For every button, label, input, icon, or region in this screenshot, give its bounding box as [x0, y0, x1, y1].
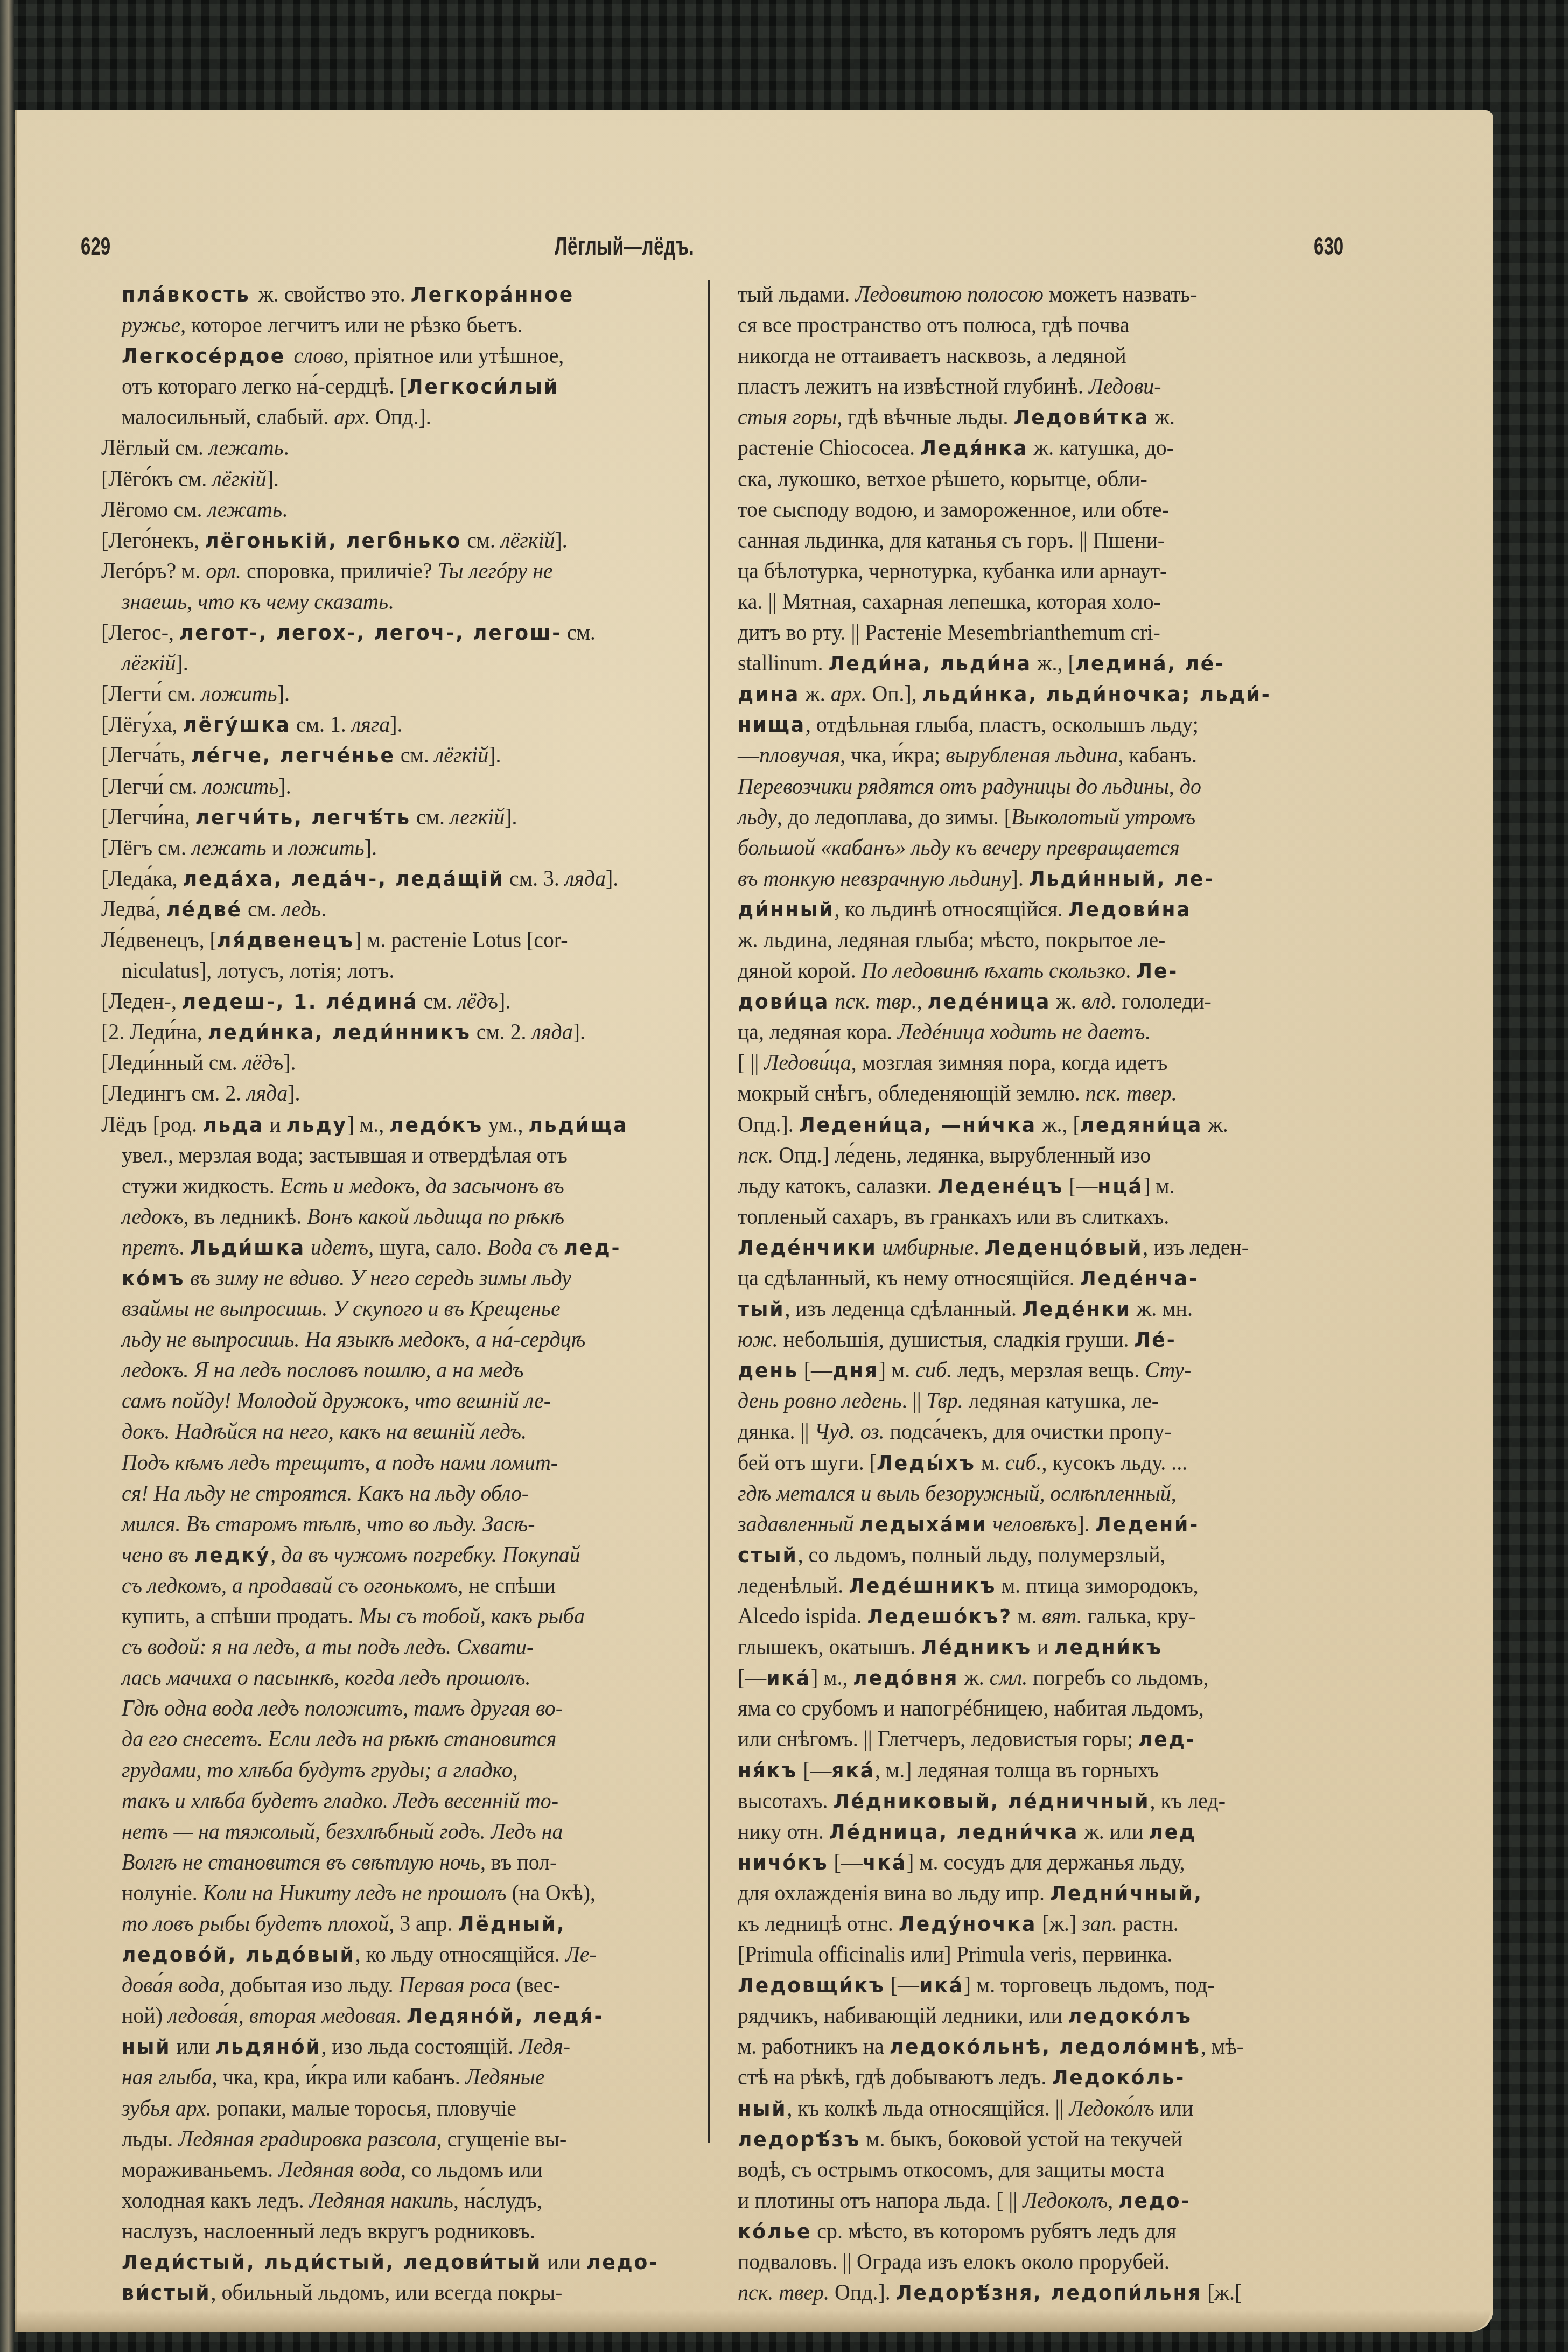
page-number-left: 629 [81, 232, 110, 261]
body-text: купить, а спѣши продать. [122, 1604, 359, 1629]
line-content: тый, изъ леденца сдѣланный. Ледéнки ж. м… [738, 1293, 1193, 1325]
body-text: ж. свойство это. [258, 282, 411, 307]
line-content: водѣ, съ острымъ откосомъ, для защиты мо… [738, 2154, 1165, 2186]
body-text: . [284, 436, 289, 460]
text-line: нетъ — на тяжолый, безхлѣбный годъ. Ледъ… [101, 1816, 704, 1846]
headword: Ледовщи́къ [738, 1973, 885, 1997]
headword: леда́ха, леда́ч-, леда́щій [183, 867, 504, 891]
line-content: —пловучая, чка, и́кра; вырубленая льдина… [738, 739, 1197, 771]
body-text: Легóръ? м. [101, 559, 206, 584]
body-text: мокрый снѣгъ, обледеняющій землю. [738, 1081, 1086, 1106]
italic-text: влд. [1082, 989, 1117, 1014]
line-content: Перевозчики рядятся отъ радуницы до льди… [738, 771, 1201, 802]
text-line: день ровно ледень. || Твр. ледяная катуш… [738, 1385, 1365, 1416]
body-text: [Primula officinalis или] Primula veris,… [738, 1942, 1172, 1967]
italic-text: ружье [122, 313, 180, 338]
body-text: бей отъ шуги. [ [738, 1451, 877, 1475]
italic-text: Гдѣ одна вода ледъ положитъ, тамъ другая… [122, 1696, 563, 1721]
headword: Ледени́ца, —ни́чка [799, 1113, 1037, 1137]
headword: льда [202, 1113, 264, 1137]
italic-text: Ледяная вода [278, 2158, 401, 2182]
body-text: [Лёгу́ха, [101, 712, 183, 737]
body-text: ]. [505, 805, 517, 830]
italic-text: ложить [202, 774, 278, 799]
line-content: [Лего́некъ, лёгонькій, легбнько см. лёгк… [101, 524, 568, 556]
headword: Леденéцъ [937, 1174, 1063, 1198]
body-text: [ж.] [1037, 1912, 1082, 1936]
headword: Леду́ночка [899, 1912, 1037, 1936]
italic-text: пловучая [759, 743, 840, 768]
text-line: ца, ледяная кора. Ледéница ходить не дае… [738, 1016, 1365, 1047]
headword: легчи́ть, легчѣ́ть [195, 806, 411, 829]
line-content: такъ и хлѣба будетъ гладко. Ледъ весенні… [122, 1785, 558, 1817]
headword: ледо- [1118, 2189, 1191, 2213]
body-text: и [1032, 1635, 1054, 1660]
text-line: мокрый снѣгъ, обледеняющій землю. пск. т… [738, 1077, 1365, 1108]
italic-text: Ледоко́лъ [1069, 2096, 1154, 2121]
text-line: Гдѣ одна вода ледъ положитъ, тамъ другая… [101, 1692, 704, 1723]
headword: ледяни́ца [1080, 1113, 1202, 1137]
body-text: никогда не оттаиваетъ насквозь, а ледяно… [738, 344, 1126, 368]
body-text: . [396, 2004, 407, 2028]
body-text: ср. мѣсто, въ которомъ рубятъ ледъ для [811, 2219, 1176, 2244]
line-content: и плотины отъ напора льда. [ || Ледоколъ… [738, 2185, 1191, 2216]
line-content: наслузъ, наслоенный ледъ вкругъ родников… [122, 2215, 535, 2247]
headword: Ледяно́й, ледя́- [407, 2004, 604, 2028]
text-line: и плотины отъ напора льда. [ || Ледоколъ… [738, 2185, 1365, 2215]
line-content: то ловъ рыбы будетъ плохой, 3 апр. Лёдны… [122, 1908, 566, 1940]
body-text: льду катокъ, салазки. [738, 1174, 937, 1199]
text-line: пск. Опд.] ле́день, ледянка, вырубленный… [738, 1139, 1365, 1170]
body-text: ] м. [1143, 1174, 1174, 1199]
italic-text: зап. [1082, 1912, 1117, 1936]
body-text: растеніе Chiococea. [738, 436, 920, 460]
body-text: пластъ лежитъ на извѣстной глубинѣ. [738, 374, 1089, 399]
italic-text: нетъ — на тяжолый, безхлѣбный годъ. Ледъ… [122, 1819, 563, 1844]
headword: ледина́, лé- [1075, 652, 1225, 675]
body-text: дяной корой. [738, 958, 862, 983]
body-text: ] м., [347, 1112, 389, 1137]
line-content: Ледéнчики имбирные. Леденцо́вый, изъ лед… [738, 1231, 1249, 1263]
body-text: ска, лукошко, ветхое рѣшето, корытце, об… [738, 467, 1147, 492]
line-content: ся все пространство отъ полюса, гдѣ почв… [738, 309, 1130, 341]
headword: тый [738, 1297, 785, 1321]
headword: ледово́й, льдо́вый [122, 1943, 355, 1966]
text-line: бей отъ шуги. [Леды́хъ м. сиб., кусокъ л… [738, 1447, 1365, 1478]
text-line: дитъ во рту. || Растеніе Mesembrianthemu… [738, 617, 1365, 647]
headword: Лéдниковый, лéдничный [833, 1789, 1150, 1813]
body-text: , ко льдинѣ относящійся. [834, 897, 1068, 922]
italic-text: лежать [192, 836, 267, 860]
body-text: [Легча́ть, [101, 743, 191, 768]
text-line: стужи жидкость. Есть и медокъ, да засычо… [101, 1170, 704, 1201]
line-content: Подъ кѣмъ ледъ трещитъ, а подъ нами ломи… [122, 1447, 558, 1479]
text-line: самъ пойду! Молодой дружокъ, что вешній … [101, 1385, 704, 1416]
body-text: , м.] ледяная толща въ горныхъ [875, 1758, 1159, 1783]
italic-text: орл. [206, 559, 241, 584]
line-content: [Легос-, легот-, легох-, легоч-, легош- … [101, 617, 596, 648]
body-text: , которое легчитъ или не рѣзко бьетъ. [180, 313, 523, 338]
line-content: ко́лье ср. мѣсто, въ которомъ рубятъ лед… [738, 2215, 1177, 2247]
headword: ика́ [919, 1973, 964, 1997]
body-text: см. 2. [471, 1020, 532, 1045]
headword: Лéдница, ледни́чка [829, 1820, 1079, 1844]
body-text: , до ледоплава, до зимы. [ [777, 805, 1011, 830]
line-content: глышекъ, окатышъ. Лéдникъ и ледни́къ [738, 1631, 1163, 1663]
body-text: , мозглая зимняя пора, когда идетъ [851, 1051, 1168, 1075]
text-line: или снѣгомъ. || Глетчеръ, ледовистыя гор… [738, 1723, 1365, 1754]
line-content: стѣ на рѣкѣ, гдѣ добываютъ ледъ. Ледоко́… [738, 2061, 1185, 2093]
italic-text: Ты легóру не [438, 559, 553, 584]
line-content: пск. твер. Опд.]. Ледорѣ́зня, ледопи́льн… [738, 2277, 1242, 2308]
body-text: ка. || Мятная, сахарная лепешка, которая… [738, 590, 1161, 614]
body-text: рядчикъ, набивающій ледники, или [738, 2004, 1068, 2028]
body-text: ж. [1149, 405, 1175, 430]
line-content: самъ пойду! Молодой дружокъ, что вешній … [122, 1385, 551, 1417]
italic-text: пск. твер. [738, 2280, 829, 2305]
text-line: увел., мерзлая вода; застывшая и отвердѣ… [101, 1139, 704, 1170]
body-text: дитъ во рту. || Растеніе Mesembrianthemu… [738, 620, 1160, 645]
italic-text: Мы съ тобой, какъ рыба [359, 1604, 585, 1629]
line-content: мился. Въ старомъ тѣлѣ, что во льду. Зас… [122, 1508, 535, 1540]
text-line: стый, со льдомъ, полный льду, полумерзлы… [738, 1539, 1365, 1570]
text-line: [Легча́ть, ле́гче, легче́нье см. лёгкій]… [101, 739, 704, 770]
body-text: ж. [958, 1665, 990, 1690]
italic-text: Коли на Никиту ледъ не прошолъ [203, 1881, 507, 1906]
italic-text: лёгкій [212, 467, 266, 492]
italic-text: пск. твр. [829, 989, 916, 1014]
headword: леди́нка, леди́нникъ [208, 1020, 471, 1044]
body-text: ]. [606, 866, 618, 891]
text-line: ня́къ [—яка́, м.] ледяная толща въ горны… [738, 1754, 1365, 1785]
text-line: высотахъ. Лéдниковый, лéдничный, къ лед- [738, 1785, 1365, 1816]
text-line: [Лёгу́ха, лёгу́шка см. 1. ляга]. [101, 709, 704, 739]
headword: ня́къ [738, 1759, 797, 1782]
body-text: ца бѣлотурка, чернотурка, кубанка или ар… [738, 559, 1167, 584]
text-line: Лёглый см. лежать. [101, 432, 704, 463]
body-text: гололеди- [1117, 989, 1212, 1014]
line-content: ца, ледяная кора. Ледéница ходить не дае… [738, 1016, 1150, 1048]
line-content: леденѣлый. Ледéшникъ м. птица зимородокъ… [738, 1570, 1199, 1601]
text-line: льду, до ледоплава, до зимы. [Выколотый … [738, 801, 1365, 832]
body-text: ледъ, мерзлая вещь. [952, 1358, 1145, 1383]
line-content: пла́вкость ж. свойство это. Легкора́нное [122, 278, 574, 310]
body-text: ж. мн. [1131, 1297, 1193, 1321]
line-content: задавленный ледыха́ми человѣкъ]. Ледени́… [738, 1508, 1199, 1540]
text-line: [Легчи́на, легчи́ть, легчѣ́ть см. легкій… [101, 801, 704, 832]
text-line: такъ и хлѣба будетъ гладко. Ледъ весенні… [101, 1785, 704, 1816]
text-line: малосильный, слабый. арх. Опд.]. [101, 401, 704, 432]
italic-text: стыя горы [738, 405, 837, 430]
line-content: stallinum. Леди́на, льди́на ж., [ледина́… [738, 647, 1225, 679]
italic-text: Ледоколъ [1023, 2188, 1108, 2213]
body-text: . [388, 590, 394, 614]
line-content: нетъ — на тяжолый, безхлѣбный годъ. Ледъ… [122, 1816, 563, 1847]
line-content: санная льдинка, для катанья съ горъ. || … [738, 524, 1165, 556]
italic-text: пск. [738, 1143, 773, 1168]
line-content: гдѣ метался и выль безоружный, ослѣпленн… [738, 1478, 1177, 1509]
line-content: стужи жидкость. Есть и медокъ, да засычо… [122, 1170, 564, 1202]
body-text: высотахъ. [738, 1789, 833, 1814]
headword: ледоко́лъ [1068, 2004, 1192, 2028]
body-text: м. быкъ, боковой устой на текучей [860, 2127, 1182, 2152]
headword: ко́лье [738, 2220, 811, 2243]
body-text: , на́слудъ, [453, 2188, 542, 2213]
text-line: съ ледкомъ, а продавай съ огонькомъ, не … [101, 1570, 704, 1600]
text-line: чено въ ледку́, да въ чужомъ погребку. П… [101, 1539, 704, 1570]
body-text: , изъ леден- [1143, 1235, 1249, 1260]
italic-text: лёгкій [122, 651, 176, 676]
italic-text: Ледéница ходить не даетъ [898, 1020, 1145, 1045]
italic-text: съ водой: я на ледъ, а ты подъ ледъ. Схв… [122, 1635, 534, 1660]
text-line: мился. Въ старомъ тѣлѣ, что во льду. Зас… [101, 1508, 704, 1539]
headword: Льди́нный, ле- [1029, 867, 1214, 891]
line-content: дина ж. арх. Оп.], льди́нка, льди́ночка;… [738, 678, 1271, 710]
body-text: подваловъ. || Ограда изъ елокъ около про… [738, 2250, 1170, 2274]
body-text: [Ледингъ см. 2. [101, 1081, 247, 1106]
text-line: ледокъ, въ ледникѣ. Вонъ какой льдища по… [101, 1201, 704, 1231]
italic-text: ложить [289, 836, 365, 860]
text-line: рядчикъ, набивающій ледники, или ледоко́… [738, 2000, 1365, 2031]
body-text: нику отн. [738, 1819, 829, 1844]
line-content: знаешь, что къ чему сказать. [122, 586, 394, 618]
italic-text: арх. [334, 405, 370, 430]
line-content: ня́къ [—яка́, м.] ледяная толща въ горны… [738, 1754, 1159, 1786]
text-line: [Лёго́къ см. лёгкій]. [101, 463, 704, 494]
text-line: Лёдъ [род. льда и льду] м., ледо́къ ум.,… [101, 1109, 704, 1139]
text-line: знаешь, что къ чему сказать. [101, 586, 704, 617]
line-content: тое сысподу водою, и замороженное, или о… [738, 494, 1169, 526]
line-content: растеніе Chiococea. Ледя́нка ж. катушка,… [738, 432, 1174, 464]
body-text: погребъ со льдомъ, [1027, 1665, 1208, 1690]
left-column: пла́вкость ж. свойство это. Легкора́нное… [101, 278, 704, 2307]
body-text: и плотины отъ напора льда. [ || [738, 2188, 1023, 2213]
line-content: увел., мерзлая вода; застывшая и отвердѣ… [122, 1139, 568, 1171]
body-text: для охлажденія вина во льду ипр. [738, 1881, 1050, 1906]
text-line: Перевозчики рядятся отъ радуницы до льди… [738, 771, 1365, 801]
line-content: бей отъ шуги. [Леды́хъ м. сиб., кусокъ л… [738, 1447, 1187, 1479]
headword: льду [286, 1113, 347, 1137]
text-line: нику отн. Лéдница, ледни́чка ж. или лед [738, 1816, 1365, 1846]
headword: Легкора́нное [411, 283, 574, 306]
headword: Ледéшникъ [849, 1574, 996, 1598]
line-content: нолуніе. Коли на Никиту ледъ не прошолъ … [122, 1877, 596, 1909]
body-text: ж. [1202, 1112, 1228, 1137]
text-line: докъ. Надѣйся на него, какъ на вешній ле… [101, 1416, 704, 1446]
body-text: ]. [488, 743, 501, 768]
headword: нца́ [1097, 1174, 1143, 1198]
italic-text: мился. Въ старомъ тѣлѣ, что во льду. Зас… [122, 1512, 535, 1537]
line-content: тый льдами. Ледовитою полосою можетъ наз… [738, 278, 1198, 310]
body-text: [— [885, 1973, 919, 1998]
headword: ничо́къ [738, 1851, 829, 1874]
line-content: Ледовщи́къ [—ика́] м. торговецъ льдомъ, … [738, 1969, 1215, 2001]
body-text: см. [461, 528, 501, 553]
body-text: стѣ на рѣкѣ, гдѣ добываютъ ледъ. [738, 2065, 1052, 2090]
text-line: [Легос-, легот-, легох-, легоч-, легош- … [101, 617, 704, 647]
headword: дина [738, 682, 800, 706]
body-text: , отдѣльная глыба, пластъ, осколышъ льду… [806, 712, 1199, 737]
body-text: . [179, 1235, 190, 1260]
line-content: дови́ца пск. твр., ледéница ж. влд. голо… [738, 985, 1212, 1017]
body-text: м. птица зимородокъ, [996, 1573, 1199, 1598]
headword: льдяно́й [215, 2035, 321, 2059]
italic-text: лёдъ [457, 989, 498, 1014]
body-text: , добытая изо льду. [220, 1973, 398, 1998]
page-header: 629 Лёглый—лёдъ. 630 [81, 232, 1373, 269]
headword: лёгу́шка [183, 713, 290, 737]
line-content: дяной корой. По ледовинѣ ѣхать скользко.… [738, 955, 1178, 986]
line-content: [Лёгъ см. лежать и ложить]. [101, 832, 377, 864]
line-content: дова́я вода, добытая изо льду. Первая ро… [122, 1969, 561, 2001]
body-text: [— [797, 1758, 831, 1783]
text-line: для охлажденія вина во льду ипр. Ледни́ч… [738, 1877, 1365, 1908]
headword: ледни́къ [1054, 1635, 1163, 1659]
body-text: , къ лед- [1150, 1789, 1226, 1814]
line-content: купить, а спѣши продать. Мы съ тобой, ка… [122, 1600, 585, 1632]
headword: Ледови́на [1068, 898, 1192, 921]
text-line: пластъ лежитъ на извѣстной глубинѣ. Ледо… [738, 370, 1365, 401]
body-text: ж., [ [1032, 651, 1075, 676]
headword: лёгонькій, легбнько [205, 529, 461, 552]
line-content: зубья арх. ропаки, малые торосья, пловуч… [122, 2092, 516, 2124]
italic-text: смл. [990, 1665, 1028, 1690]
headword: Льди́шка [190, 1236, 305, 1259]
italic-text: знаешь, что къ чему сказать [122, 590, 388, 614]
headword: лед- [1138, 1727, 1195, 1751]
line-content: [Primula officinalis или] Primula veris,… [738, 1938, 1172, 1970]
body-text: мораживаньемъ. [122, 2158, 278, 2182]
headword: ледоко́льнѣ, ледоло́мнѣ [890, 2035, 1201, 2059]
italic-text: съ ледкомъ, а продавай съ огонькомъ [122, 1573, 458, 1598]
body-text: , кабанъ. [1118, 743, 1197, 768]
line-content: дянка. || Чуд. оз. подса́чекъ, для очист… [738, 1416, 1172, 1447]
body-text: и [267, 836, 289, 860]
line-content: м. работникъ на ледоко́льнѣ, ледоло́мнѣ,… [738, 2031, 1244, 2062]
body-text: , обильный льдомъ, или всегда покры- [211, 2280, 563, 2305]
headword: ди́нный [738, 898, 834, 921]
body-text: и [264, 1112, 286, 1137]
line-content: [Лёго́къ см. лёгкій]. [101, 463, 279, 495]
text-line: [2. Леди́на, леди́нка, леди́нникъ см. 2.… [101, 1016, 704, 1047]
text-line: топленый сахаръ, въ гранкахъ или въ слит… [738, 1201, 1365, 1231]
headword: ледеш-, 1. ле́дина́ [182, 990, 418, 1013]
italic-text: въ зиму не вдиво. У него середь зимы льд… [185, 1266, 571, 1291]
italic-text: лась мачиха о пасынкѣ, когда ледъ прошол… [122, 1665, 530, 1690]
line-content: [Легчи́ см. ложить]. [101, 771, 291, 802]
line-content: топленый сахаръ, въ гранкахъ или въ слит… [738, 1201, 1169, 1233]
line-content: [ || Ледови́ца, мозглая зимняя пора, ког… [738, 1047, 1167, 1079]
line-content: ный, къ колкѣ льда относящійся. || Ледок… [738, 2092, 1193, 2124]
book-spine-edge [0, 0, 14, 2352]
text-line: ружье, которое легчитъ или не рѣзко бьет… [101, 309, 704, 340]
body-text: см. [411, 805, 450, 830]
italic-text: Ледяная градировка разсола [178, 2127, 437, 2152]
text-line: ска, лукошко, ветхое рѣшето, корытце, об… [738, 463, 1365, 494]
body-text: ] м. сосудъ для держанья льду, [907, 1850, 1185, 1875]
line-content: [Легча́ть, ле́гче, легче́нье см. лёгкій]… [101, 739, 501, 771]
text-line: къ ледницѣ отнс. Леду́ночка [ж.] зап. ра… [738, 1908, 1365, 1938]
text-line: большой «кабанъ» льду къ вечеру превраща… [738, 832, 1365, 863]
headword: стый [738, 1543, 798, 1567]
text-line: дянка. || Чуд. оз. подса́чекъ, для очист… [738, 1416, 1365, 1446]
body-text: яма со срубомъ и напогрéбницею, набитая … [738, 1696, 1204, 1721]
text-line: stallinum. Леди́на, льди́на ж., [ледина́… [738, 647, 1365, 678]
italic-text: взаймы не выпросишь. У скупого и въ Крещ… [122, 1297, 561, 1321]
text-line: niculatus], лотусъ, лотія; лотъ. [101, 955, 704, 985]
line-content: грудами, то хлѣба будутъ груды; а гладко… [122, 1754, 518, 1786]
headword: Легкоси́лый [407, 375, 559, 398]
text-line: пла́вкость ж. свойство это. Легкора́нное [101, 278, 704, 309]
body-text: niculatus], лотусъ, лотія; лотъ. [122, 958, 394, 983]
body-text: стужи жидкость. [122, 1174, 280, 1199]
body-text: увел., мерзлая вода; застывшая и отвердѣ… [122, 1143, 568, 1168]
body-text: Оп.], [866, 682, 922, 706]
body-text: ся все пространство отъ полюса, гдѣ почв… [738, 313, 1130, 338]
body-text: къ ледницѣ отнс. [738, 1912, 899, 1936]
line-content: день ровно ледень. || Твр. ледяная катуш… [738, 1385, 1159, 1417]
italic-text: Сту- [1145, 1358, 1191, 1383]
text-line: Легкосе́рдое слово, пріятное или утѣшное… [101, 340, 704, 370]
italic-text: Есть и медокъ, да засычонъ въ [280, 1174, 564, 1199]
body-text: льды. [122, 2127, 178, 2152]
headword: Ледни́чный, [1050, 1881, 1203, 1905]
headword: Леди́на, льди́на [828, 652, 1031, 675]
italic-text: ная глыба [122, 2065, 212, 2090]
text-line: юж. небольшія, душистыя, сладкія груши. … [738, 1324, 1365, 1354]
line-content: стый, со льдомъ, полный льду, полумерзлы… [738, 1539, 1165, 1571]
text-line: отъ котораго легко на́-сердцѣ. [Легкоси́… [101, 370, 704, 401]
text-line: ж. льдина, ледяная глыба; мѣсто, покрыто… [738, 924, 1365, 955]
body-text: или снѣгомъ. || Глетчеръ, ледовистыя гор… [738, 1727, 1138, 1752]
body-text: Лёдъ [род. [101, 1112, 202, 1137]
text-line: дяной корой. По ледовинѣ ѣхать скользко.… [738, 955, 1365, 985]
italic-text: Первая роса [398, 1973, 511, 1998]
italic-text: Ледяная накипь [310, 2188, 453, 2213]
italic-text: ляда [532, 1020, 573, 1045]
text-line: [Леден-, ледеш-, 1. ле́дина́ см. лёдъ]. [101, 985, 704, 1016]
body-text: . [282, 498, 288, 522]
text-line: ледокъ. Я на ледъ пословъ пошлю, а на ме… [101, 1354, 704, 1385]
italic-text: зубья арх. [122, 2096, 212, 2121]
italic-text: претъ [122, 1235, 179, 1260]
body-text: галька, кру- [1082, 1604, 1196, 1629]
line-content: Лёгомо см. лежать. [101, 494, 288, 526]
line-content: большой «кабанъ» льду къ вечеру превраща… [738, 832, 1180, 864]
body-text: м. [1012, 1604, 1042, 1629]
body-text: см. 1. [291, 712, 352, 737]
text-line: Волгѣ не становится въ свѣтлую ночь, въ … [101, 1846, 704, 1877]
text-line: мораживаньемъ. Ледяная вода, со льдомъ и… [101, 2154, 704, 2185]
italic-text: Подъ кѣмъ ледъ трещитъ, а подъ нами ломи… [122, 1451, 558, 1475]
text-line: —пловучая, чка, и́кра; вырубленая льдина… [738, 739, 1365, 770]
body-text: , [1108, 2188, 1118, 2213]
text-line: купить, а спѣши продать. Мы съ тобой, ка… [101, 1600, 704, 1631]
body-text: ]. [288, 1081, 300, 1106]
line-content: ко́мъ въ зиму не вдиво. У него середь зи… [122, 1262, 571, 1294]
italic-text: сиб. [1005, 1451, 1042, 1475]
italic-text: лёгкій [435, 743, 488, 768]
line-content: нища, отдѣльная глыба, пластъ, осколышъ … [738, 709, 1199, 740]
text-line: тое сысподу водою, и замороженное, или о… [738, 494, 1365, 524]
line-content: Легóръ? м. орл. споровка, приличіе? Ты л… [101, 555, 553, 587]
body-text: ]. [1077, 1512, 1095, 1537]
line-content: претъ. Льди́шка идетъ, шуга, сало. Вода … [122, 1231, 621, 1263]
body-text: или [542, 2250, 586, 2274]
line-content: холодная какъ ледъ. Ледяная накипь, на́с… [122, 2185, 542, 2216]
text-line: взаймы не выпросишь. У скупого и въ Крещ… [101, 1293, 704, 1324]
italic-text: вырубленая льдина [946, 743, 1118, 768]
